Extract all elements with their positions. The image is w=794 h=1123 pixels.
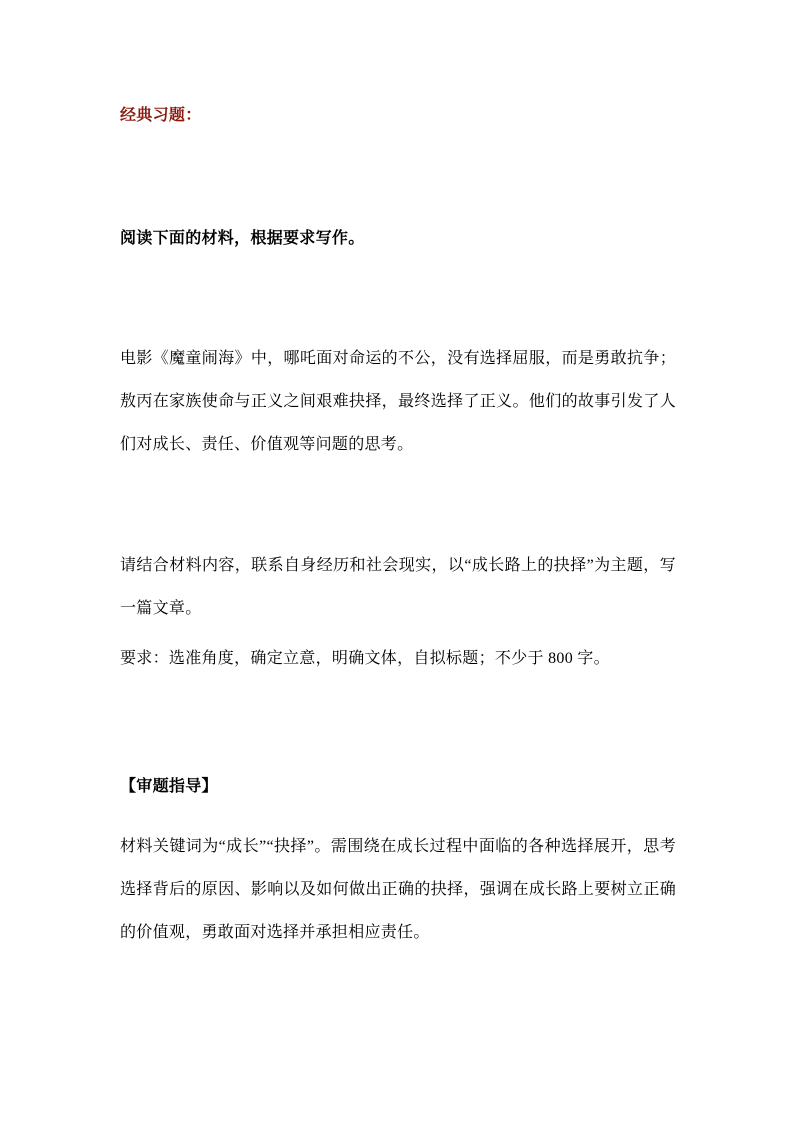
guidance-body-paragraph: 材料关键词为“成长”“抉择”。需围绕在成长过程中面临的各种选择展开，思考选择背后… <box>120 825 676 954</box>
material-paragraph: 电影《魔童闹海》中，哪吒面对命运的不公，没有选择屈服，而是勇敢抗争；敖丙在家族使… <box>120 337 676 466</box>
classic-exercise-heading: 经典习题： <box>120 94 676 137</box>
task-paragraph: 请结合材料内容，联系自身经历和社会现实，以“成长路上的抉择”为主题，写一篇文章。 <box>120 544 676 630</box>
document-page: 经典习题： 阅读下面的材料，根据要求写作。 电影《魔童闹海》中，哪吒面对命运的不… <box>0 0 794 1123</box>
requirements-line: 要求：选准角度，确定立意，明确文体，自拟标题；不少于 800 字。 <box>120 637 676 680</box>
guidance-section-header: 【审题指导】 <box>120 765 676 808</box>
writing-instruction: 阅读下面的材料，根据要求写作。 <box>120 217 676 260</box>
